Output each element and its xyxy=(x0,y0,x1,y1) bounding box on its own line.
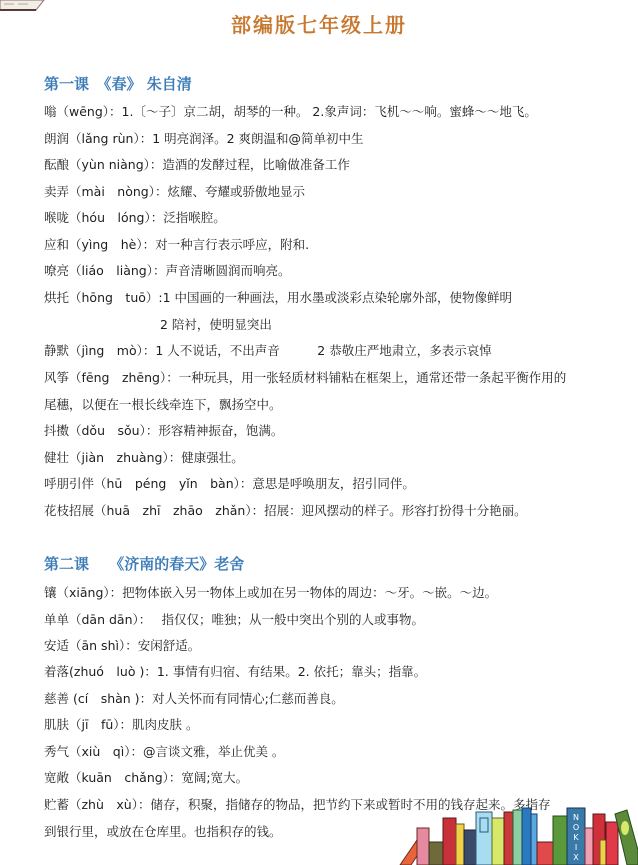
vocab-entry: 健壮（jiàn zhuàng）：健康强壮。 xyxy=(44,450,244,466)
vocab-entry: 慈善 (cí shàn )：对人关怀而有同情心;仁慈而善良。 xyxy=(44,691,344,707)
svg-text:K: K xyxy=(573,833,579,842)
vocab-entry: 喉咙（hóu lóng）：泛指喉腔。 xyxy=(44,210,226,226)
vocab-entry: 应和（yìng hè）：对一种言行表示呼应，附和. xyxy=(44,237,309,253)
vocab-entry: 单单（dān dān）： 指仅仅；唯独；从一般中突出个别的人或事物。 xyxy=(44,612,424,628)
vocab-entry: 呼朋引伴（hū péng yǐn bàn）：意思是呼唤朋友，招引同伴。 xyxy=(44,476,415,492)
vocab-entry: 肌肤（jī fū）：肌肉皮肤 。 xyxy=(44,717,199,733)
lesson-2-heading: 第二课 《济南的春天》老舍 xyxy=(44,553,244,574)
vocab-entry: 嘹亮（liáo liàng）：声音清晰圆润而响亮。 xyxy=(44,263,290,279)
vocab-entry: 宽敞（kuān chǎng）：宽阔;宽大。 xyxy=(44,770,248,786)
vocab-entry: 烘托（hōng tuō）:1 中国画的一种画法，用水墨或淡彩点染轮廓外部，使物像… xyxy=(44,290,512,306)
vocab-entry: 秀气（xiù qì）：@言谈文雅，举止优美 。 xyxy=(44,744,284,760)
vocab-entry-continuation: 到银行里，或放在仓库里。也指积存的钱。 xyxy=(44,824,282,840)
vocab-entry: 朗润（lǎng rùn）：1 明亮润泽。2 爽朗温和@简单初中生 xyxy=(44,131,364,147)
document-title: 部编版七年级上册 xyxy=(0,9,638,38)
vocab-entry: 酝酿（yùn niàng）：造酒的发酵过程，比喻做准备工作 xyxy=(44,157,350,173)
vocab-entry: 静默（jìng mò）：1 人不说话，不出声音 2 恭敬庄严地肃立，多表示哀悼 xyxy=(44,343,492,359)
vocab-entry: 抖擞（dǒu sǒu）：形容精神振奋，饱满。 xyxy=(44,423,283,439)
svg-text:I: I xyxy=(575,843,577,852)
vocab-entry-continuation: 2 陪衬，使明显突出 xyxy=(160,317,272,333)
vocab-entry: 着落(zhuó luò )：1. 事情有归宿、有结果。2. 依托；靠头；指靠。 xyxy=(44,664,426,680)
svg-text:X: X xyxy=(573,853,579,862)
vocab-entry: 花枝招展（huā zhī zhāo zhǎn）：招展：迎风摆动的样子。形容打扮得… xyxy=(44,503,527,519)
bookshelf-illustration-icon: N O K I X xyxy=(395,800,638,865)
vocab-entry: 卖弄（mài nòng）：炫耀、夸耀或骄傲地显示 xyxy=(44,184,305,200)
lesson-1-heading: 第一课 《春》 朱自清 xyxy=(44,73,192,94)
vocab-entry: 嗡（wēng）：1.〔～子〕京二胡，胡琴的一种。 2.象声词：飞机～～响。蜜蜂～… xyxy=(44,104,537,120)
vocab-entry-continuation: 尾穗，以便在一根长线牵连下，飘扬空中。 xyxy=(44,397,282,413)
vocab-entry: 安适（ān shì）：安闲舒适。 xyxy=(44,638,200,654)
svg-text:N: N xyxy=(573,813,579,822)
vocab-entry: 镶（xiāng）：把物体嵌入另一物体上或加在另一物体的周边：～牙。～嵌。～边。 xyxy=(44,585,497,601)
svg-text:O: O xyxy=(573,823,579,832)
vocab-entry: 风筝（fēng zhēng）：一种玩具，用一张轻质材料铺粘在框架上，通常还带一条… xyxy=(44,370,566,386)
